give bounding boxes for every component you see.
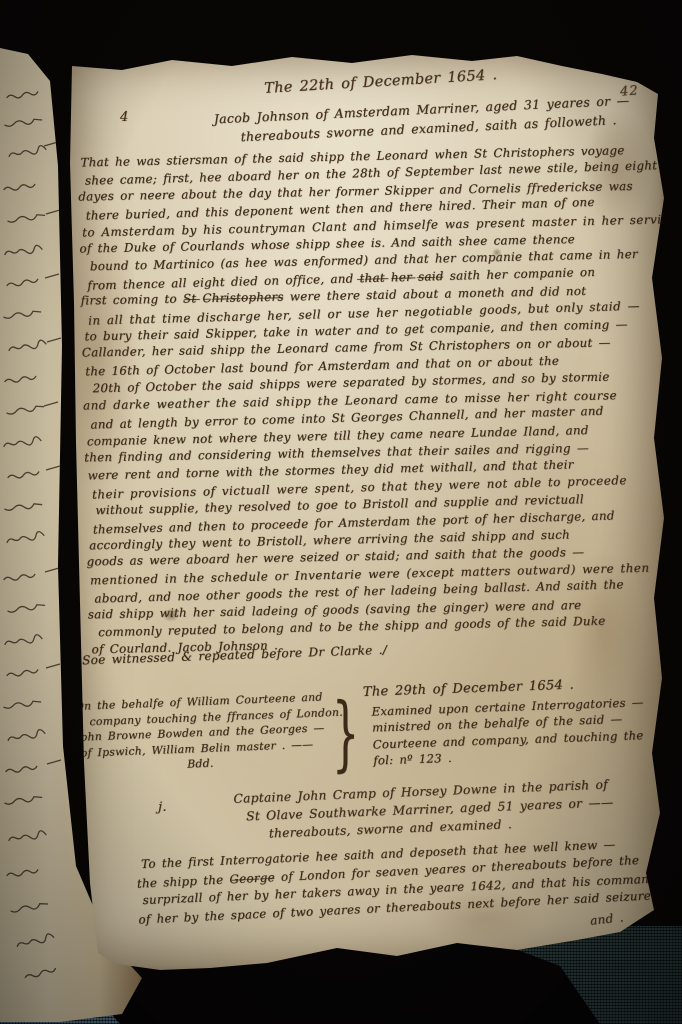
deposition1-intro: Jacob Johnson of Amsterdam Marriner, age…	[213, 91, 630, 148]
case-note-left: On the behalfe of William Courteene andc…	[75, 689, 333, 776]
curly-brace: }	[332, 686, 359, 781]
manuscript-page: 42 The 22th of December 1654 . 4 Jacob J…	[62, 48, 666, 973]
case-note-right: The 29th of December 1654 .Examined upon…	[363, 675, 646, 769]
margin-mark-4: 4	[120, 110, 129, 125]
catchword: and .	[589, 910, 624, 927]
deposition1-body: That he was stiersman of the said shipp …	[80, 142, 661, 660]
manuscript-photo: 42 The 22th of December 1654 . 4 Jacob J…	[0, 0, 682, 1024]
margin-mark-j: j.	[158, 800, 167, 815]
heading-date: The 22th of December 1654 .	[264, 67, 498, 97]
deposition2-intro: Captaine John Cramp of Horsey Downe in t…	[233, 774, 645, 844]
